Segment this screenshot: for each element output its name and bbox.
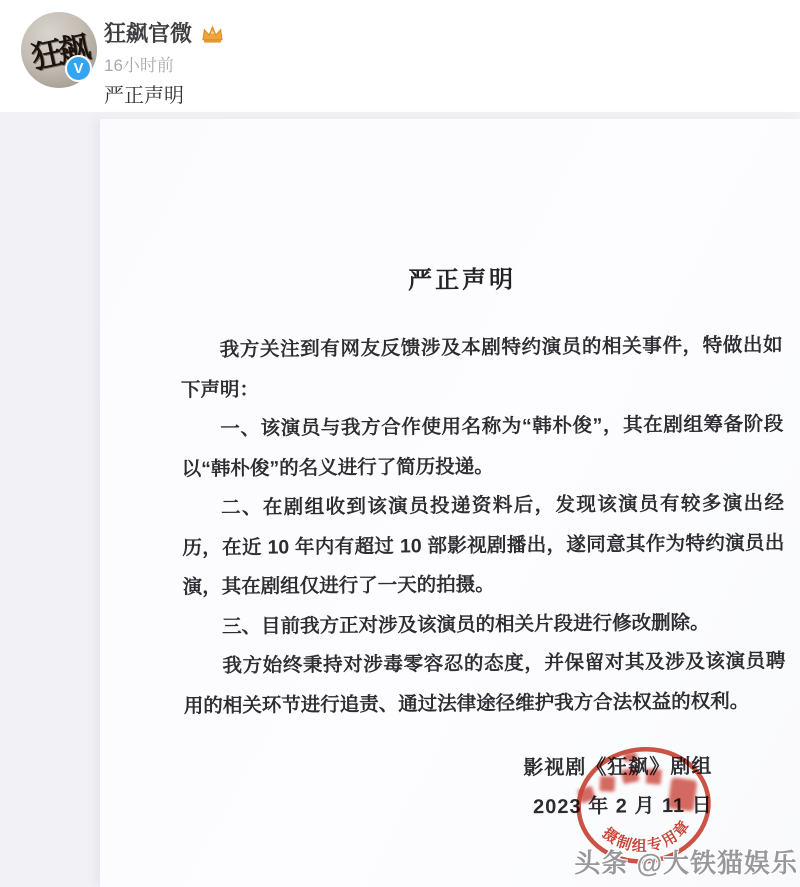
statement-image[interactable]: 严正声明 我方关注到有网友反馈涉及本剧特约演员的相关事件，特做出如下声明： 一、… <box>0 112 800 887</box>
verified-badge-letter: V <box>73 60 83 77</box>
statement-body: 我方关注到有网友反馈涉及本剧特约演员的相关事件，特做出如下声明： 一、该演员与我… <box>180 326 785 726</box>
statement-title: 严正声明 <box>98 257 798 298</box>
post-timestamp[interactable]: 16小时前 <box>104 56 224 75</box>
username[interactable]: 狂飙官微 <box>104 22 192 46</box>
toutiao-watermark: 头条 @大铁猫娱乐 <box>574 843 798 880</box>
post-text: 严正声明 <box>104 84 224 108</box>
statement-paragraph: 我方始终秉持对涉毒零容忍的态度，并保留对其及涉及该演员聘用的相关环节进行追责、通… <box>183 642 786 726</box>
statement-paper: 严正声明 我方关注到有网友反馈涉及本剧特约演员的相关事件，特做出如下声明： 一、… <box>100 119 800 887</box>
statement-paragraph: 我方关注到有网友反馈涉及本剧特约演员的相关事件，特做出如下声明： <box>180 326 783 410</box>
post-header: 狂飙 V 狂飙官微 16小时前 严正声明 <box>0 0 800 112</box>
statement-paragraph: 三、目前我方正对涉及该演员的相关片段进行修改删除。 <box>183 603 785 648</box>
post-text-column: 狂飙官微 16小时前 严正声明 <box>104 0 224 108</box>
statement-paragraph: 二、在剧组收到该演员投递资料后，发现该演员有较多演出经历，在近 10 年内有超过… <box>182 484 785 608</box>
vip-crown-icon <box>201 24 224 44</box>
verified-badge-icon: V <box>65 55 92 82</box>
statement-document: 严正声明 我方关注到有网友反馈涉及本剧特约演员的相关事件，特做出如下声明： 一、… <box>97 116 800 887</box>
statement-paragraph: 一、该演员与我方合作使用名称为“韩朴俊”，其在剧组筹备阶段以“韩朴俊”的名义进行… <box>181 405 784 489</box>
